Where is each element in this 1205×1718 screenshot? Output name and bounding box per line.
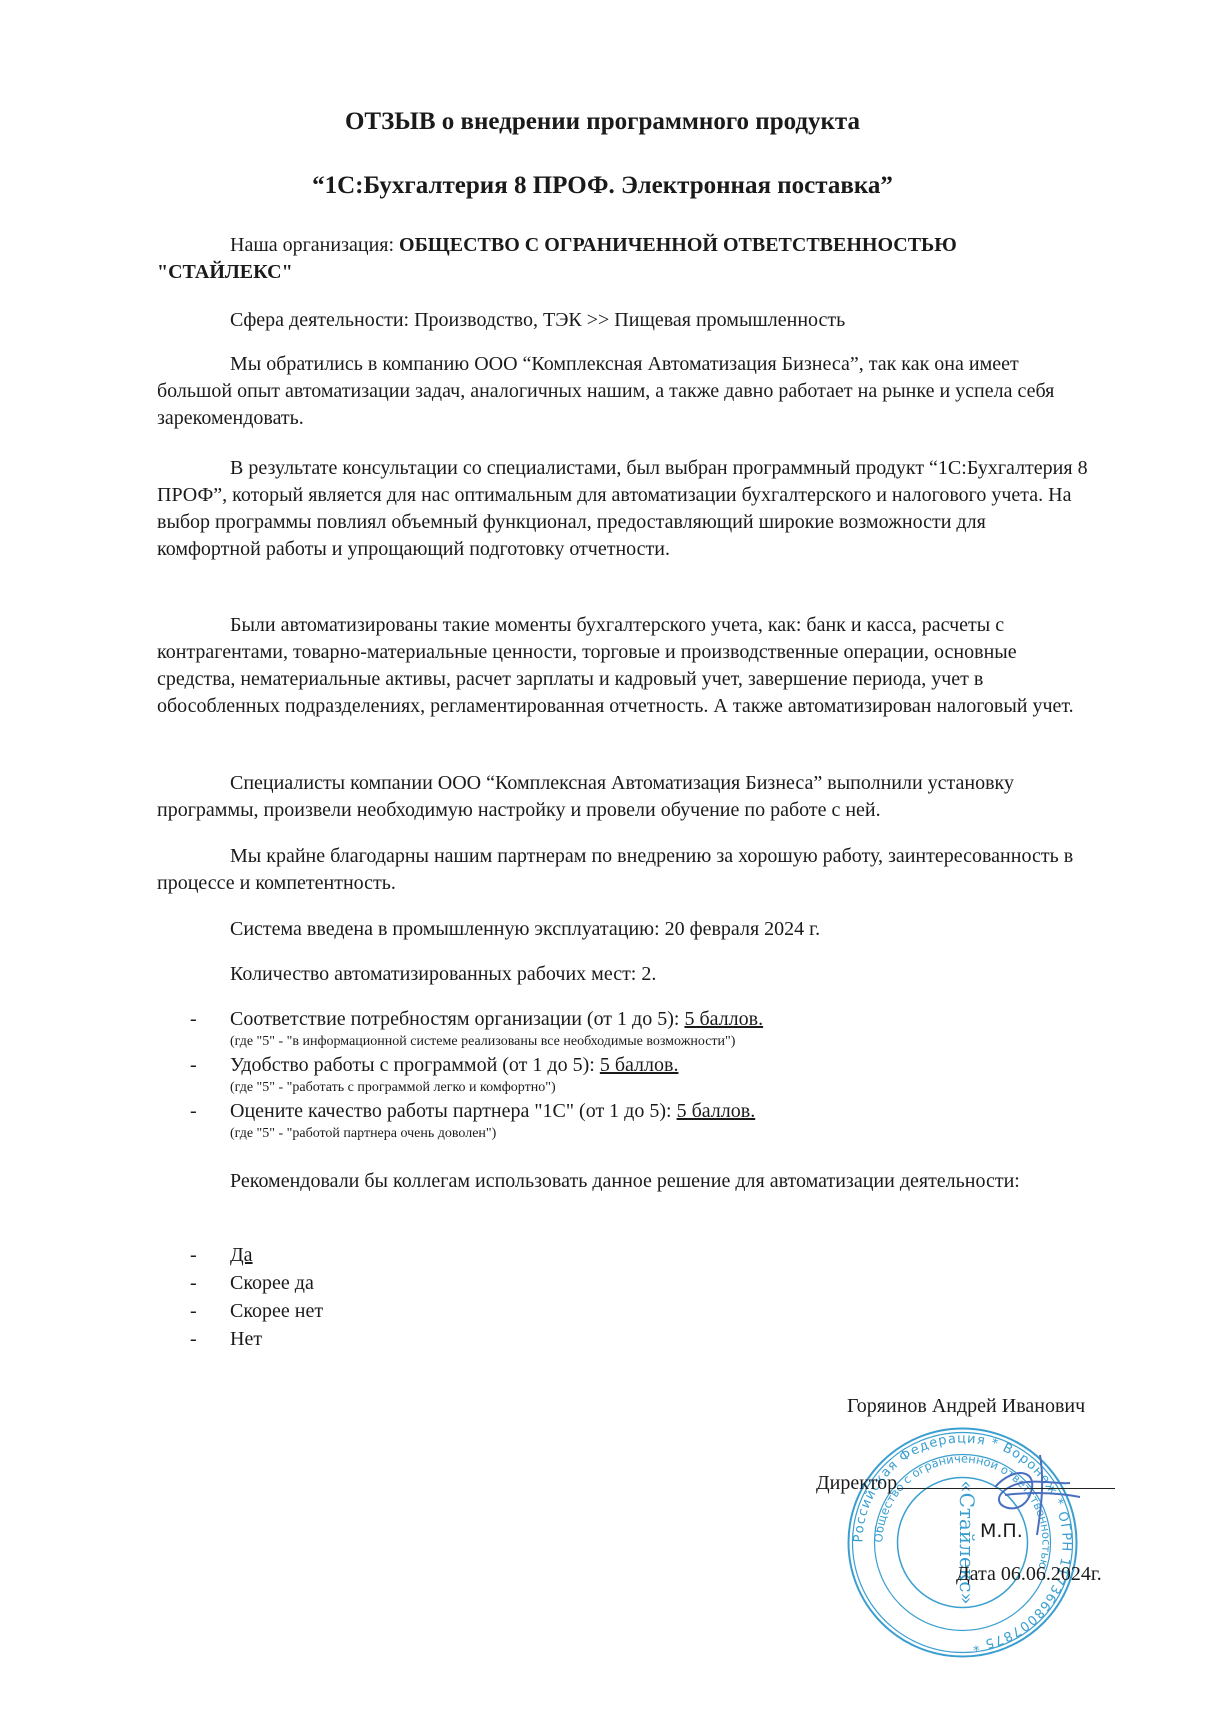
organization-name-2: "СТАЙЛЕКС" — [157, 261, 293, 283]
ratings-list: - Соответствие потребностям организации … — [190, 1007, 990, 1145]
signature-line — [897, 1488, 1115, 1489]
signer-position: Директор — [816, 1472, 1115, 1495]
paragraph-4: Специалисты компании ООО “Комплексная Ав… — [157, 770, 1092, 824]
paragraph-2: В результате консультации со специалиста… — [157, 455, 1092, 563]
paragraph-5: Мы крайне благодарны нашим партнерам по … — [157, 843, 1092, 897]
rating-item: - Соответствие потребностям организации … — [190, 1007, 990, 1052]
rating-note: (где "5" - "работой партнера очень довол… — [230, 1124, 990, 1144]
recommend-option-rather-yes: -Скорее да — [190, 1269, 323, 1297]
product-name: “1С:Бухгалтерия 8 ПРОФ. Электронная пост… — [0, 172, 1205, 200]
organization-name: ОБЩЕСТВО С ОГРАНИЧЕННОЙ ОТВЕТСТВЕННОСТЬЮ — [399, 234, 957, 256]
rating-item: - Оцените качество работы партнера "1С" … — [190, 1099, 990, 1144]
company-stamp-icon: Российская Федерация * Воронеж * ОГРН 11… — [845, 1425, 1080, 1660]
recommend-options: -Да -Скорее да -Скорее нет -Нет — [190, 1241, 323, 1353]
sphere-paragraph: Сфера деятельности: Производство, ТЭК >>… — [157, 307, 1092, 334]
rating-score: 5 баллов. — [684, 1008, 763, 1030]
rating-score: 5 баллов. — [677, 1100, 756, 1122]
paragraph-3: Были автоматизированы такие моменты бухг… — [157, 612, 1092, 720]
recommend-option-rather-no: -Скорее нет — [190, 1297, 323, 1325]
launch-date: Система введена в промышленную эксплуата… — [157, 916, 1092, 943]
svg-text:«Стайлекс»: «Стайлекс» — [955, 1480, 979, 1604]
paragraph-1: Мы обратились в компанию ООО “Комплексна… — [157, 351, 1092, 432]
rating-note: (где "5" - "в информационной системе реа… — [230, 1032, 990, 1052]
organization-label: Наша организация: — [230, 234, 399, 256]
signer-name: Горяинов Андрей Иванович — [847, 1395, 1085, 1418]
rating-score: 5 баллов. — [600, 1054, 679, 1076]
rating-item: - Удобство работы с программой (от 1 до … — [190, 1053, 990, 1098]
recommend-option-no: -Нет — [190, 1325, 323, 1353]
seal-label: М.П. — [980, 1520, 1023, 1542]
rating-note: (где "5" - "работать с программой легко … — [230, 1078, 990, 1098]
document-title: ОТЗЫВ о внедрении программного продукта — [0, 108, 1205, 136]
workplaces-count: Количество автоматизированных рабочих ме… — [157, 961, 1092, 988]
review-document: ОТЗЫВ о внедрении программного продукта … — [0, 0, 1205, 1718]
signature-date: Дата 06.06.2024г. — [956, 1563, 1102, 1586]
recommend-option-yes: -Да — [190, 1241, 323, 1269]
organization-paragraph: Наша организация: ОБЩЕСТВО С ОГРАНИЧЕННО… — [157, 232, 1092, 286]
recommend-question: Рекомендовали бы коллегам использовать д… — [157, 1168, 1092, 1195]
